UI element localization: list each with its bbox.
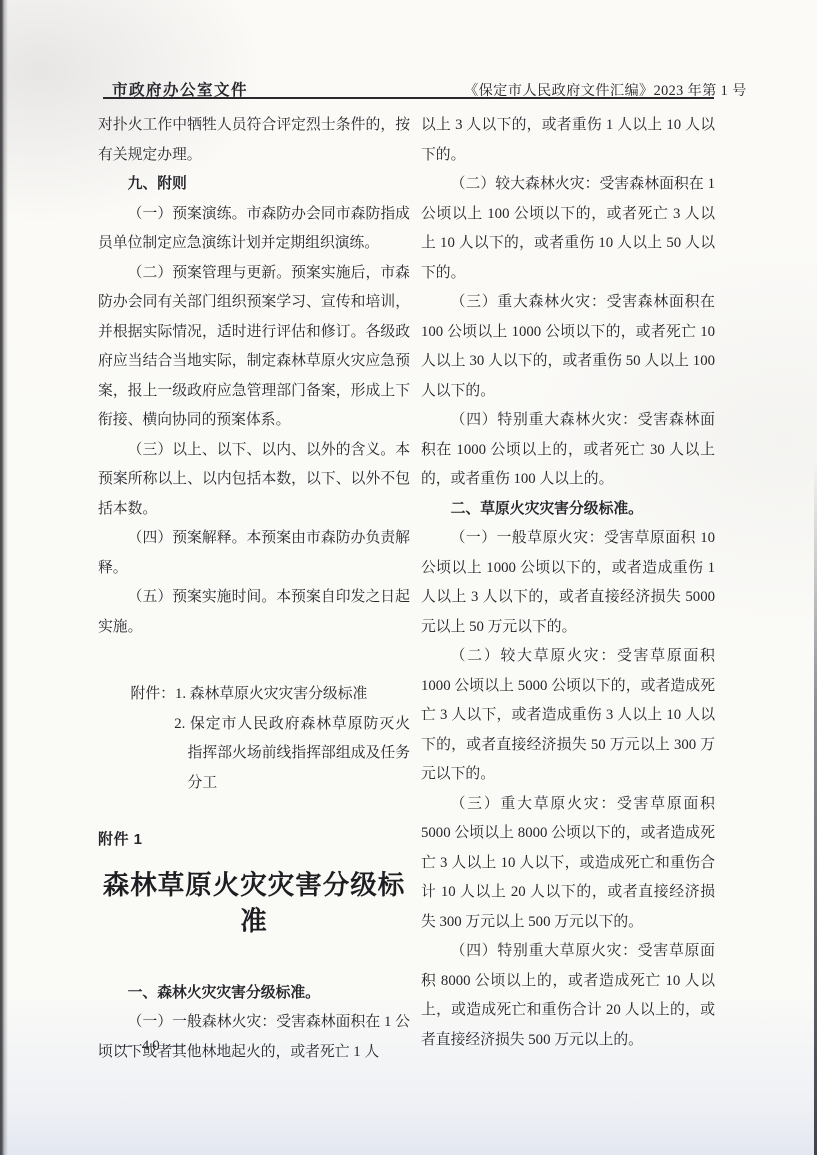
paragraph-text: 受害草原面积 1000 公顷以上 5000 公顷以下的，或者造成死亡 3 人以下… xyxy=(421,648,715,782)
paragraph-text: 预案实施后，市森防办会同有关部门组织预案学习、宣传和培训，并根据实际情况，适时进… xyxy=(98,265,410,429)
paragraph-grass-grade-4: （四）特别重大草原火灾：受害草原面积 8000 公顷以上的，或者造成死亡 10 … xyxy=(421,937,715,1055)
paragraph-continuation: 对扑火工作中牺牲人员符合评定烈士条件的，按有关规定办理。 xyxy=(98,111,410,170)
paragraph-grass-grade-1: （一）一般草原火灾：受害草原面积 10 公顷以上 1000 公顷以下的，或者造成… xyxy=(421,524,715,642)
paragraph-lead: （三）以上、以下、以内、以外的含义。 xyxy=(128,442,396,458)
paragraph-lead: （一）一般森林火灾： xyxy=(128,1014,277,1030)
paragraph-lead: （二）较大草原火灾： xyxy=(451,648,617,664)
annex-title: 森林草原火灾灾害分级标准 xyxy=(98,867,410,939)
paragraph-lead: （一）预案演练。 xyxy=(128,206,247,222)
paragraph-text: 对扑火工作中牺牲人员符合评定烈士条件的，按有关规定办理。 xyxy=(98,117,410,163)
paragraph-lead: （一）一般草原火灾： xyxy=(451,530,604,546)
paragraph-continuation: 以上 3 人以下的，或者重伤 1 人以上 10 人以下的。 xyxy=(421,111,715,170)
paragraph-forest-grade-4: （四）特别重大森林火灾：受害森林面积在 1000 公顷以上的，或者死亡 30 人… xyxy=(421,406,715,495)
paragraph-lead: （三）重大草原火灾： xyxy=(451,796,617,812)
paragraph-lead: （二）预案管理与更新。 xyxy=(128,265,292,281)
paragraph-lead: （五）预案实施时间。 xyxy=(128,589,277,605)
paragraph-grass-grade-2: （二）较大草原火灾：受害草原面积 1000 公顷以上 5000 公顷以下的，或者… xyxy=(421,642,715,790)
paragraph-lead: （二）较大森林火灾： xyxy=(451,176,600,192)
paragraph-forest-grade-2: （二）较大森林火灾：受害森林面积在 1 公顷以上 100 公顷以下的，或者死亡 … xyxy=(421,170,715,288)
header-rule xyxy=(103,97,714,99)
paragraph-definitions: （三）以上、以下、以内、以外的含义。本预案所称以上、以内包括本数，以下、以外不包… xyxy=(98,436,410,525)
attachment-label: 附件： xyxy=(131,686,175,702)
paragraph-forest-grade-3: （三）重大森林火灾：受害森林面积在 100 公顷以上 1000 公顷以下的，或者… xyxy=(421,288,715,406)
section-heading-forest-fire: 一、森林火灾灾害分级标准。 xyxy=(98,979,410,1009)
paragraph-lead: （四）预案解释。 xyxy=(128,530,247,546)
left-column: 对扑火工作中牺牲人员符合评定烈士条件的，按有关规定办理。 九、附则 （一）预案演… xyxy=(98,111,410,1067)
attachment-item-2: 2. 保定市人民政府森林草原防灭火指挥部火场前线指挥部组成及任务分工 xyxy=(98,710,410,799)
section-heading-appendix-rules: 九、附则 xyxy=(98,170,410,200)
paragraph-lead: （四）特别重大森林火灾： xyxy=(451,412,638,428)
paragraph-lead: （四）特别重大草原火灾： xyxy=(451,943,638,959)
paragraph-lead: （三）重大森林火灾： xyxy=(451,294,607,310)
scanned-document-page: 市政府办公室文件 《保定市人民政府文件汇编》2023 年第 1 号 对扑火工作中… xyxy=(0,0,817,1155)
paragraph-grass-grade-3: （三）重大草原火灾：受害草原面积 5000 公顷以上 8000 公顷以下的，或者… xyxy=(421,790,715,938)
page-number: — 40 — xyxy=(117,1038,188,1055)
paragraph-text: 以上 3 人以下的，或者重伤 1 人以上 10 人以下的。 xyxy=(421,117,715,163)
attachment-item-1-text: 1. 森林草原火灾灾害分级标准 xyxy=(175,686,367,702)
paragraph-drill: （一）预案演练。市森防办会同市森防指成员单位制定应急演练计划并定期组织演练。 xyxy=(98,200,410,259)
paragraph-interpretation: （四）预案解释。本预案由市森防办负责解释。 xyxy=(98,524,410,583)
paragraph-text: 受害草原面积 5000 公顷以上 8000 公顷以下的，或者造成死亡 3 人以上… xyxy=(421,796,715,930)
paragraph-management-update: （二）预案管理与更新。预案实施后，市森防办会同有关部门组织预案学习、宣传和培训，… xyxy=(98,259,410,436)
attachment-list: 附件：1. 森林草原火灾灾害分级标准 2. 保定市人民政府森林草原防灭火指挥部火… xyxy=(98,680,410,798)
scan-left-edge-shadow xyxy=(0,0,8,1155)
paragraph-implementation-time: （五）预案实施时间。本预案自印发之日起实施。 xyxy=(98,583,410,642)
annex-label: 附件 1 xyxy=(98,825,410,855)
section-heading-grassland-fire: 二、草原火灾灾害分级标准。 xyxy=(421,495,715,525)
right-column: 以上 3 人以下的，或者重伤 1 人以上 10 人以下的。 （二）较大森林火灾：… xyxy=(421,111,715,1055)
attachment-item-1: 附件：1. 森林草原火灾灾害分级标准 xyxy=(98,680,410,710)
